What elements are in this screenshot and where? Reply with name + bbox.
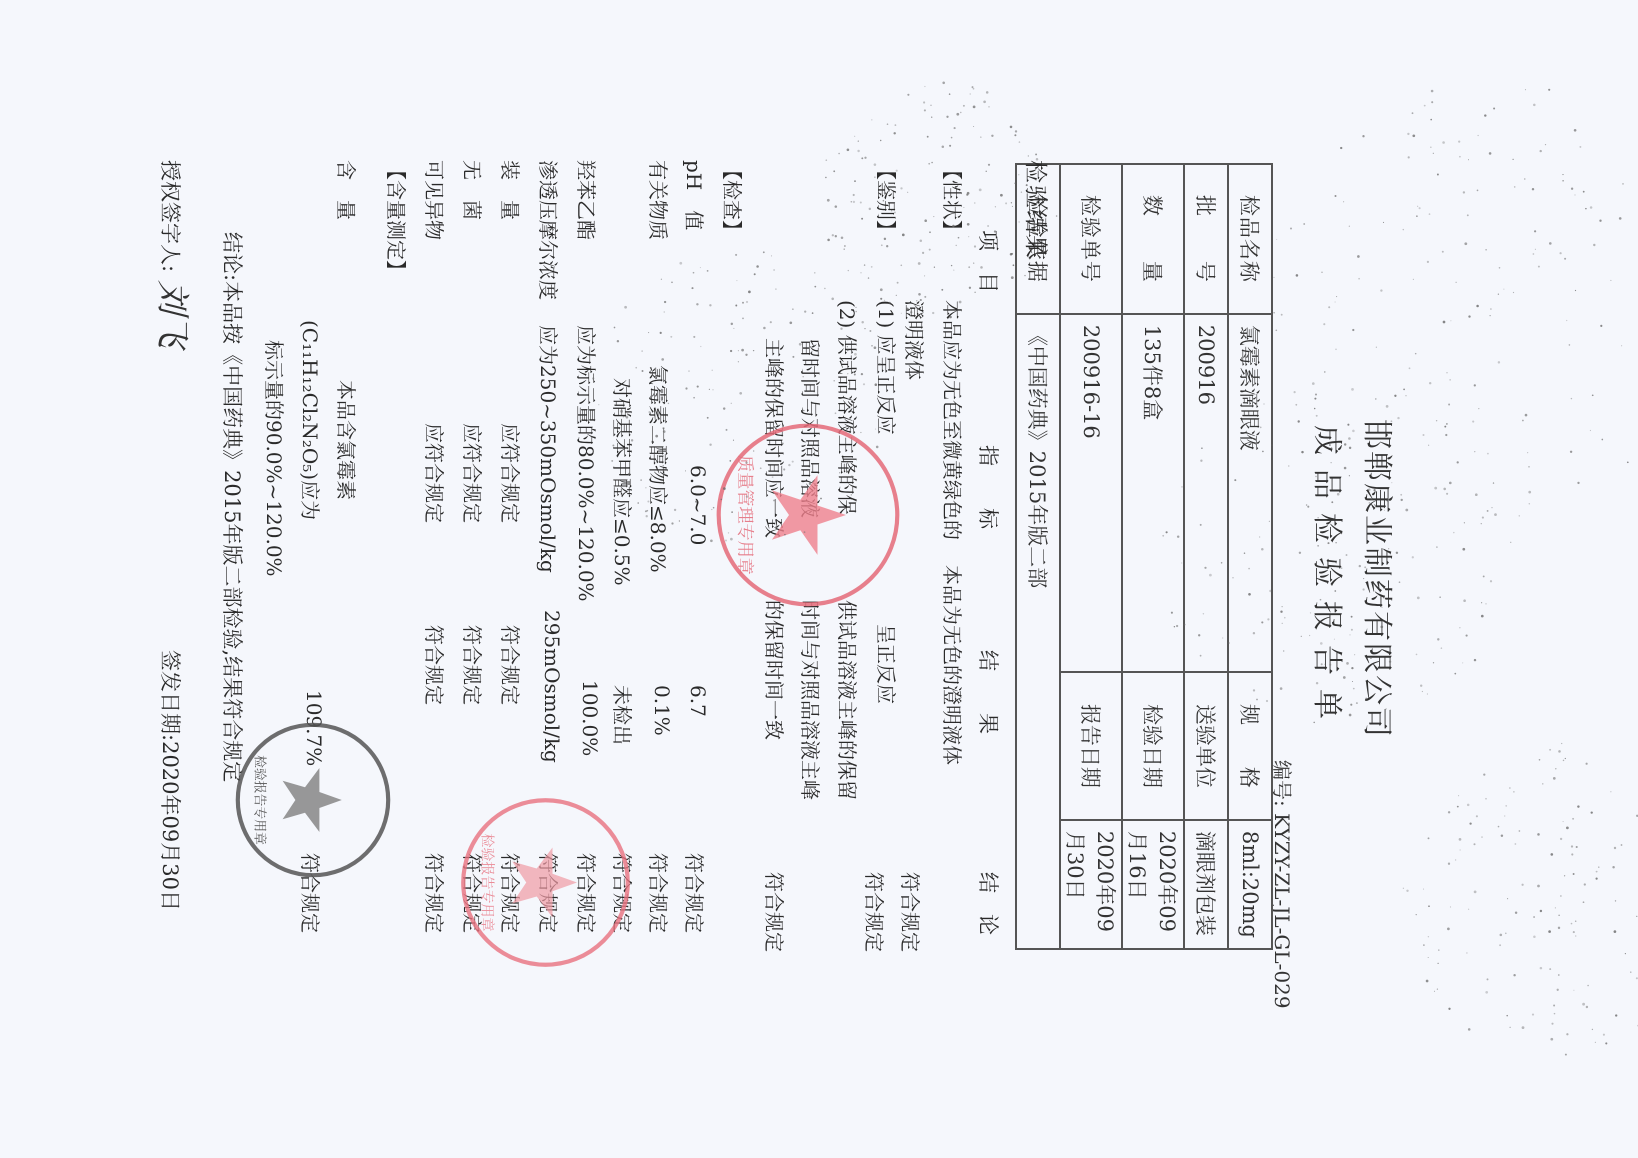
table-row: 检品名称 氯霉素滴眼液 规 格 8ml:20mg: [1228, 164, 1272, 949]
group-heading-tests: 【检查】: [719, 160, 748, 240]
svg-text:检验报告专用章: 检验报告专用章: [251, 755, 267, 845]
result-appearance: 本品为无色的澄明液体: [939, 565, 968, 765]
spec-fill-volume: 应符合规定: [497, 423, 526, 523]
result-related-substances-1: 0.1%: [650, 685, 674, 736]
result-osmolality: 295mOsmol/kg: [540, 610, 564, 763]
label-specification: 规 格: [1228, 672, 1272, 820]
item-related-substances: 有关物质: [645, 160, 674, 240]
spec-identification-1: (1) 应呈正反应: [873, 300, 902, 435]
group-heading-appearance: 【性状】: [939, 160, 968, 240]
result-related-substances-2: 未检出: [609, 685, 638, 745]
signatory-label: 授权签字人:: [156, 160, 186, 272]
label-quantity: 数 量: [1122, 164, 1184, 314]
conclusion-identification-2: 符合规定: [761, 872, 790, 952]
company-report-seal-red: 检验报告专用章: [458, 795, 633, 970]
item-ethylparaben: 羟苯乙酯: [573, 160, 602, 240]
value-report-date: 2020年09月30日: [1060, 820, 1122, 949]
spec-related-substances-2: 对硝基苯甲醛应≤0.5%: [609, 378, 638, 586]
item-assay: 含 量: [333, 160, 362, 220]
result-visible-particles: 符合规定: [421, 625, 450, 705]
result-ethylparaben: 100.0%: [578, 680, 602, 756]
label-batch-no: 批 号: [1184, 164, 1228, 314]
company-name: 邯郸康业制药有限公司: [1358, 0, 1402, 1158]
value-basis: 《中国药典》2015年版二部: [1016, 314, 1060, 949]
spec-sterility: 应符合规定: [459, 423, 488, 523]
overall-conclusion: 结论:本品按《中国药典》2015年版二部检验,结果符合规定: [218, 232, 248, 782]
result-ph: 6.7: [686, 685, 710, 717]
result-identification-2c: 的保留时间一致: [761, 600, 790, 740]
item-fill-volume: 装 量: [497, 160, 526, 220]
result-identification-2b: 时间与对照品溶液主峰: [797, 600, 826, 800]
value-product-name: 氯霉素滴眼液: [1228, 314, 1272, 672]
item-osmolality: 渗透压摩尔浓度: [535, 160, 564, 300]
results-section-title: 检验结果: [1021, 160, 1054, 260]
product-info-table: 检品名称 氯霉素滴眼液 规 格 8ml:20mg 批 号 200916 送验单位…: [1015, 163, 1273, 950]
spec-appearance-1: 本品应为无色至微黄绿色的: [939, 300, 968, 540]
result-identification-2a: 供试品溶液主峰的保留: [834, 600, 863, 800]
spec-assay-1: 本品含氯霉素: [333, 380, 362, 500]
item-sterility: 无 菌: [459, 160, 488, 220]
spec-appearance-2: 澄明液体: [901, 300, 930, 380]
column-header-conclusion: 结 论: [974, 872, 1004, 935]
document-number: 编号: KYZY-ZL-JL-GL-029: [1269, 760, 1298, 1009]
label-inspection-no: 检验单号: [1060, 164, 1122, 314]
document-number-label: 编号:: [1270, 760, 1294, 807]
value-submitting-unit: 滴眼剂包装: [1184, 820, 1228, 949]
label-submitting-unit: 送验单位: [1184, 672, 1228, 820]
spec-related-substances-1: 氯霉素二醇物应≤8.0%: [645, 365, 674, 573]
conclusion-visible-particles: 符合规定: [421, 853, 450, 933]
issue-date: 签发日期:2020年09月30日: [156, 650, 186, 911]
value-batch-no: 200916: [1184, 314, 1228, 672]
table-row: 检验依据 《中国药典》2015年版二部: [1016, 164, 1060, 949]
column-header-result: 结 果: [974, 650, 1004, 734]
table-row: 数 量 135件8盒 检验日期 2020年09月16日: [1122, 164, 1184, 949]
result-fill-volume: 符合规定: [497, 625, 526, 705]
conclusion-identification-1: 符合规定: [861, 872, 890, 952]
result-sterility: 符合规定: [459, 625, 488, 705]
group-heading-assay: 【含量测定】: [383, 160, 412, 280]
column-header-spec: 指 标: [974, 445, 1004, 529]
document-number-value: KYZY-ZL-JL-GL-029: [1270, 813, 1294, 1008]
value-quantity: 135件8盒: [1122, 314, 1184, 672]
column-header-item: 项 目: [974, 230, 1004, 293]
group-heading-identification: 【鉴别】: [873, 160, 902, 240]
spec-assay-3: 标示量的90.0%~120.0%: [261, 340, 290, 577]
inspection-report-page: 邯郸康业制药有限公司 成品检验报告单 编号: KYZY-ZL-JL-GL-029…: [0, 0, 1638, 1158]
quality-management-seal: 质量管理专用章: [713, 420, 903, 610]
spec-ethylparaben: 应为标示量的80.0%~120.0%: [573, 325, 602, 602]
table-row: 检验单号 200916-16 报告日期 2020年09月30日: [1060, 164, 1122, 949]
signatory-handwriting: 刘飞: [151, 280, 200, 348]
conclusion-ph: 符合规定: [681, 853, 710, 933]
value-specification: 8ml:20mg: [1228, 820, 1272, 949]
value-inspection-date: 2020年09月16日: [1122, 820, 1184, 949]
quality-seal-text: 质量管理专用章: [735, 455, 756, 575]
table-row: 批 号 200916 送验单位 滴眼剂包装: [1184, 164, 1228, 949]
value-inspection-no: 200916-16: [1060, 314, 1122, 672]
item-ph: pH 值: [681, 160, 710, 230]
label-report-date: 报告日期: [1060, 672, 1122, 820]
result-identification-1: 呈正反应: [873, 624, 902, 704]
spec-visible-particles: 应符合规定: [421, 423, 450, 523]
label-product-name: 检品名称: [1228, 164, 1272, 314]
label-inspection-date: 检验日期: [1122, 672, 1184, 820]
svg-text:检验报告专用章: 检验报告专用章: [479, 834, 496, 932]
company-report-seal-black: 检验报告专用章: [233, 720, 393, 880]
conclusion-appearance: 符合规定: [897, 872, 926, 952]
item-visible-particles: 可见异物: [421, 160, 450, 240]
issue-date-value: 2020年09月30日: [158, 741, 182, 911]
spec-assay-2: (C₁₁H₁₂Cl₂N₂O₅)应为: [297, 320, 326, 520]
spec-osmolality: 应为250~350mOsmol/kg: [535, 325, 564, 573]
conclusion-related-substances-1: 符合规定: [645, 853, 674, 933]
issue-date-label: 签发日期:: [158, 650, 182, 741]
report-title: 成品检验报告单: [1308, 0, 1352, 1158]
spec-ph: 6.0~7.0: [686, 465, 710, 545]
